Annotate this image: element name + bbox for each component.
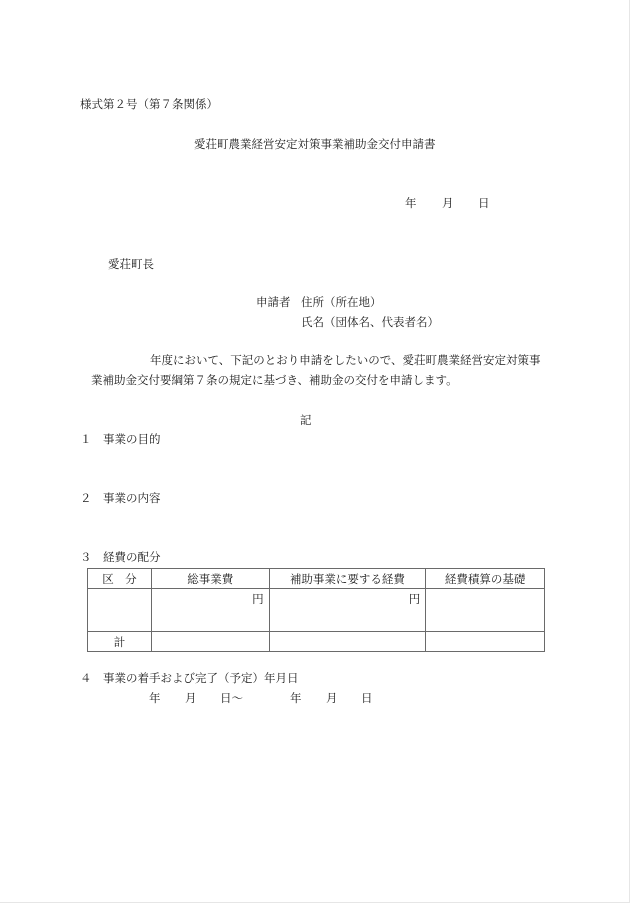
cell-total-cost-sum[interactable] (151, 632, 269, 652)
section-number: １ (80, 432, 92, 446)
cell-subsidy-cost[interactable]: 円 (269, 589, 426, 632)
section-label: 経費の配分 (103, 550, 161, 564)
section-number: ２ (80, 491, 92, 505)
cell-subsidy-cost-sum[interactable] (269, 632, 426, 652)
cell-calc-basis-sum[interactable] (426, 632, 545, 652)
table-header-row: 区 分 総事業費 補助事業に要する経費 経費積算の基礎 (88, 569, 545, 589)
date-year: 年 (405, 196, 417, 210)
table-total-row: 計 (88, 632, 545, 652)
cell-calc-basis[interactable] (426, 589, 545, 632)
end-month: 月 (326, 691, 338, 705)
cost-allocation-table: 区 分 総事業費 補助事業に要する経費 経費積算の基礎 円 円 計 (87, 568, 545, 652)
addressee: 愛荘町長 (108, 257, 154, 271)
date-month: 月 (442, 196, 454, 210)
start-month: 月 (185, 691, 197, 705)
date-day: 日 (478, 196, 490, 210)
cell-total-label: 計 (88, 632, 152, 652)
start-day: 日～ (220, 691, 243, 705)
end-day: 日 (361, 691, 373, 705)
applicant-address-label: 住所（所在地） (301, 295, 382, 309)
page-border (0, 0, 630, 903)
section-label: 事業の着手および完了（予定）年月日 (103, 671, 299, 685)
applicant-name-label: 氏名（団体名、代表者名） (301, 315, 439, 329)
cell-category[interactable] (88, 589, 152, 632)
header-calc-basis: 経費積算の基礎 (426, 569, 545, 589)
header-category: 区 分 (88, 569, 152, 589)
applicant-label: 申請者 (256, 295, 291, 309)
section-label: 事業の目的 (103, 432, 161, 446)
end-year: 年 (290, 691, 302, 705)
start-year: 年 (149, 691, 161, 705)
document-title: 愛荘町農業経営安定対策事業補助金交付申請書 (194, 137, 436, 151)
header-total-cost: 総事業費 (151, 569, 269, 589)
form-number: 様式第２号（第７条関係） (80, 97, 218, 111)
section-number: ３ (80, 550, 92, 564)
cell-total-cost[interactable]: 円 (151, 589, 269, 632)
ki-heading: 記 (300, 413, 312, 427)
body-line-2: 業補助金交付要綱第７条の規定に基づき、補助金の交付を申請します。 (91, 373, 458, 387)
body-line-1: 年度において、下記のとおり申請をしたいので、愛荘町農業経営安定対策事 (150, 353, 541, 367)
section-number: ４ (80, 671, 92, 685)
header-subsidy-cost: 補助事業に要する経費 (269, 569, 426, 589)
table-row: 円 円 (88, 589, 545, 632)
section-label: 事業の内容 (103, 491, 161, 505)
